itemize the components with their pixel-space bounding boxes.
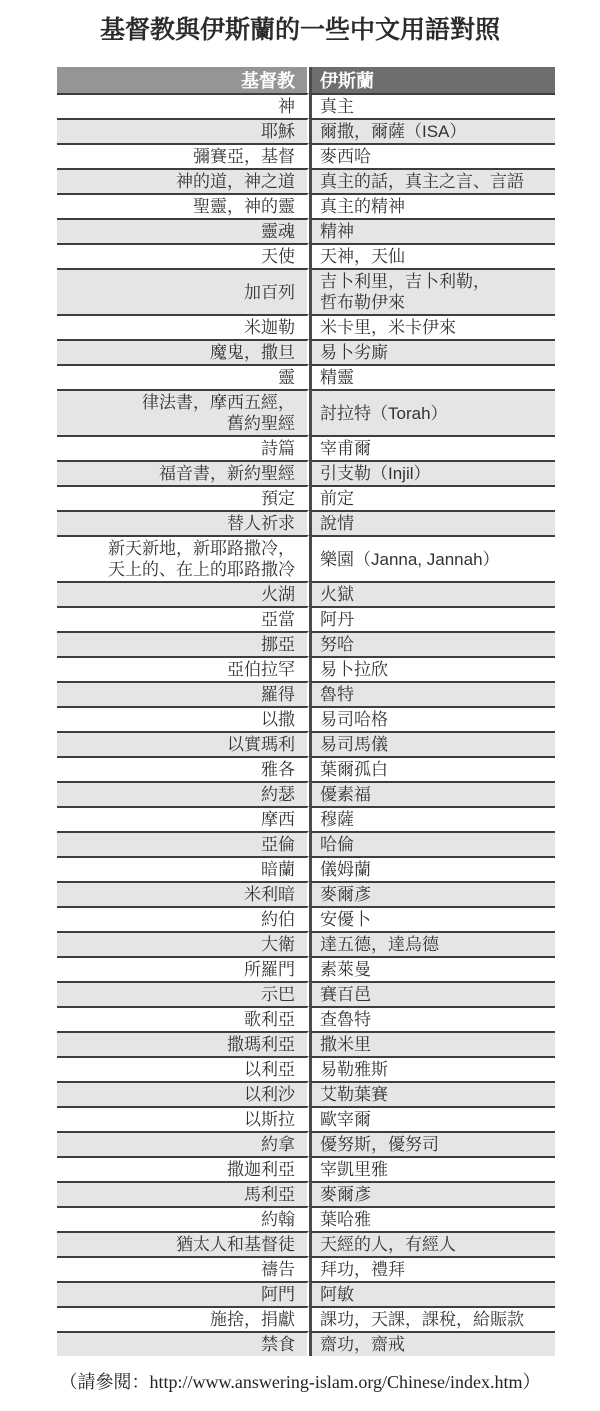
table-row: 神的道，神之道真主的話，真主之言、言語 — [57, 168, 555, 193]
table-row: 魔鬼，撒旦易卜劣廝 — [57, 339, 555, 364]
islam-term-cell: 真主的精神 — [309, 193, 555, 218]
islam-term-cell: 易司哈格 — [309, 706, 555, 731]
column-header-christianity: 基督教 — [57, 67, 309, 93]
islam-term-cell: 引支勒（Injil） — [309, 460, 555, 485]
table-row: 撒迦利亞宰凱里雅 — [57, 1156, 555, 1181]
christianity-term-cell: 律法書，摩西五經， 舊約聖經 — [57, 389, 309, 435]
table-row: 靈精靈 — [57, 364, 555, 389]
christianity-term-cell: 魔鬼，撒旦 — [57, 339, 309, 364]
islam-term-cell: 達五德，達烏德 — [309, 931, 555, 956]
islam-term-cell: 易卜劣廝 — [309, 339, 555, 364]
christianity-term-cell: 福音書，新約聖經 — [57, 460, 309, 485]
islam-term-cell: 艾勒葉賽 — [309, 1081, 555, 1106]
islam-term-cell: 真主的話，真主之言、言語 — [309, 168, 555, 193]
table-row: 約伯安優卜 — [57, 906, 555, 931]
christianity-term-cell: 以撒 — [57, 706, 309, 731]
christianity-term-cell: 靈魂 — [57, 218, 309, 243]
islam-term-cell: 麥爾彥 — [309, 1181, 555, 1206]
christianity-term-cell: 亞伯拉罕 — [57, 656, 309, 681]
table-row: 暗蘭儀姆蘭 — [57, 856, 555, 881]
islam-term-cell: 優努斯，優努司 — [309, 1131, 555, 1156]
christianity-term-cell: 約伯 — [57, 906, 309, 931]
christianity-term-cell: 約拿 — [57, 1131, 309, 1156]
christianity-term-cell: 耶穌 — [57, 118, 309, 143]
table-row: 預定前定 — [57, 485, 555, 510]
christianity-term-cell: 約翰 — [57, 1206, 309, 1231]
table-row: 耶穌爾撒，爾薩（ISA） — [57, 118, 555, 143]
islam-term-cell: 討拉特（Torah） — [309, 389, 555, 435]
islam-term-cell: 葉爾孤白 — [309, 756, 555, 781]
christianity-term-cell: 米利暗 — [57, 881, 309, 906]
christianity-term-cell: 火湖 — [57, 581, 309, 606]
islam-term-cell: 阿敏 — [309, 1281, 555, 1306]
table-row: 禱告拜功，禮拜 — [57, 1256, 555, 1281]
table-row: 阿門阿敏 — [57, 1281, 555, 1306]
islam-term-cell: 麥爾彥 — [309, 881, 555, 906]
islam-term-cell: 安優卜 — [309, 906, 555, 931]
table-row: 米利暗麥爾彥 — [57, 881, 555, 906]
christianity-term-cell: 米迦勒 — [57, 314, 309, 339]
christianity-term-cell: 詩篇 — [57, 435, 309, 460]
table-row: 摩西穆薩 — [57, 806, 555, 831]
islam-term-cell: 撒米里 — [309, 1031, 555, 1056]
islam-term-cell: 葉哈雅 — [309, 1206, 555, 1231]
islam-term-cell: 前定 — [309, 485, 555, 510]
table-row: 禁食齋功，齋戒 — [57, 1331, 555, 1356]
islam-term-cell: 真主 — [309, 93, 555, 118]
islam-term-cell: 魯特 — [309, 681, 555, 706]
christianity-term-cell: 猶太人和基督徒 — [57, 1231, 309, 1256]
islam-term-cell: 精靈 — [309, 364, 555, 389]
islam-term-cell: 齋功，齋戒 — [309, 1331, 555, 1356]
table-row: 撒瑪利亞撒米里 — [57, 1031, 555, 1056]
terminology-table: 基督教 伊斯蘭 神真主耶穌爾撒，爾薩（ISA）彌賽亞，基督麥西哈神的道，神之道真… — [57, 67, 555, 1356]
table-row: 神真主 — [57, 93, 555, 118]
christianity-term-cell: 歌利亞 — [57, 1006, 309, 1031]
table-row: 加百列吉卜利里，吉卜利勒， 哲布勒伊來 — [57, 268, 555, 314]
christianity-term-cell: 羅得 — [57, 681, 309, 706]
table-row: 律法書，摩西五經， 舊約聖經討拉特（Torah） — [57, 389, 555, 435]
islam-term-cell: 歐宰爾 — [309, 1106, 555, 1131]
christianity-term-cell: 禁食 — [57, 1331, 309, 1356]
islam-term-cell: 儀姆蘭 — [309, 856, 555, 881]
table-row: 米迦勒米卡里，米卡伊來 — [57, 314, 555, 339]
table-row: 以實瑪利易司馬儀 — [57, 731, 555, 756]
table-row: 新天新地，新耶路撒冷， 天上的、在上的耶路撒冷樂園（Janna, Jannah） — [57, 535, 555, 581]
christianity-term-cell: 聖靈，神的靈 — [57, 193, 309, 218]
islam-term-cell: 易勒雅斯 — [309, 1056, 555, 1081]
islam-term-cell: 穆薩 — [309, 806, 555, 831]
christianity-term-cell: 以利亞 — [57, 1056, 309, 1081]
table-row: 以撒易司哈格 — [57, 706, 555, 731]
islam-term-cell: 拜功，禮拜 — [309, 1256, 555, 1281]
table-row: 所羅門素萊曼 — [57, 956, 555, 981]
christianity-term-cell: 以斯拉 — [57, 1106, 309, 1131]
christianity-term-cell: 雅各 — [57, 756, 309, 781]
reference-note: （請參閱：http://www.answering-islam.org/Chin… — [0, 1368, 600, 1394]
table-row: 歌利亞查魯特 — [57, 1006, 555, 1031]
islam-term-cell: 阿丹 — [309, 606, 555, 631]
table-row: 彌賽亞，基督麥西哈 — [57, 143, 555, 168]
table-body: 神真主耶穌爾撒，爾薩（ISA）彌賽亞，基督麥西哈神的道，神之道真主的話，真主之言… — [57, 93, 555, 1356]
table-row: 聖靈，神的靈真主的精神 — [57, 193, 555, 218]
islam-term-cell: 努哈 — [309, 631, 555, 656]
table-row: 大衛達五德，達烏德 — [57, 931, 555, 956]
islam-term-cell: 火獄 — [309, 581, 555, 606]
christianity-term-cell: 亞倫 — [57, 831, 309, 856]
islam-term-cell: 查魯特 — [309, 1006, 555, 1031]
table-row: 示巴賽百邑 — [57, 981, 555, 1006]
table-row: 靈魂精神 — [57, 218, 555, 243]
christianity-term-cell: 禱告 — [57, 1256, 309, 1281]
table-row: 福音書，新約聖經引支勒（Injil） — [57, 460, 555, 485]
islam-term-cell: 天經的人，有經人 — [309, 1231, 555, 1256]
table-row: 約翰葉哈雅 — [57, 1206, 555, 1231]
islam-term-cell: 麥西哈 — [309, 143, 555, 168]
islam-term-cell: 宰甫爾 — [309, 435, 555, 460]
christianity-term-cell: 彌賽亞，基督 — [57, 143, 309, 168]
table-row: 羅得魯特 — [57, 681, 555, 706]
table-row: 詩篇宰甫爾 — [57, 435, 555, 460]
christianity-term-cell: 神的道，神之道 — [57, 168, 309, 193]
table-row: 猶太人和基督徒天經的人，有經人 — [57, 1231, 555, 1256]
table-row: 約瑟優素福 — [57, 781, 555, 806]
christianity-term-cell: 示巴 — [57, 981, 309, 1006]
table-row: 亞伯拉罕易卜拉欣 — [57, 656, 555, 681]
table-row: 以利沙艾勒葉賽 — [57, 1081, 555, 1106]
table-row: 亞當阿丹 — [57, 606, 555, 631]
christianity-term-cell: 靈 — [57, 364, 309, 389]
table-row: 以利亞易勒雅斯 — [57, 1056, 555, 1081]
table-row: 以斯拉歐宰爾 — [57, 1106, 555, 1131]
islam-term-cell: 課功，天課，課稅，給賑款 — [309, 1306, 555, 1331]
table-row: 約拿優努斯，優努司 — [57, 1131, 555, 1156]
christianity-term-cell: 摩西 — [57, 806, 309, 831]
header-row: 基督教 伊斯蘭 — [57, 67, 555, 93]
christianity-term-cell: 新天新地，新耶路撒冷， 天上的、在上的耶路撒冷 — [57, 535, 309, 581]
page: 基督教與伊斯蘭的一些中文用語對照 基督教 伊斯蘭 神真主耶穌爾撒，爾薩（ISA）… — [0, 0, 600, 1394]
christianity-term-cell: 替人祈求 — [57, 510, 309, 535]
islam-term-cell: 說情 — [309, 510, 555, 535]
table-row: 替人祈求說情 — [57, 510, 555, 535]
christianity-term-cell: 預定 — [57, 485, 309, 510]
column-header-islam: 伊斯蘭 — [309, 67, 555, 93]
islam-term-cell: 米卡里，米卡伊來 — [309, 314, 555, 339]
islam-term-cell: 爾撒，爾薩（ISA） — [309, 118, 555, 143]
christianity-term-cell: 撒瑪利亞 — [57, 1031, 309, 1056]
islam-term-cell: 優素福 — [309, 781, 555, 806]
islam-term-cell: 易司馬儀 — [309, 731, 555, 756]
islam-term-cell: 易卜拉欣 — [309, 656, 555, 681]
islam-term-cell: 哈倫 — [309, 831, 555, 856]
christianity-term-cell: 亞當 — [57, 606, 309, 631]
christianity-term-cell: 馬利亞 — [57, 1181, 309, 1206]
christianity-term-cell: 加百列 — [57, 268, 309, 314]
christianity-term-cell: 大衛 — [57, 931, 309, 956]
table-row: 天使天神，天仙 — [57, 243, 555, 268]
christianity-term-cell: 以利沙 — [57, 1081, 309, 1106]
table-row: 火湖火獄 — [57, 581, 555, 606]
table-row: 挪亞努哈 — [57, 631, 555, 656]
islam-term-cell: 樂園（Janna, Jannah） — [309, 535, 555, 581]
islam-term-cell: 天神，天仙 — [309, 243, 555, 268]
christianity-term-cell: 撒迦利亞 — [57, 1156, 309, 1181]
christianity-term-cell: 神 — [57, 93, 309, 118]
christianity-term-cell: 施捨，捐獻 — [57, 1306, 309, 1331]
christianity-term-cell: 所羅門 — [57, 956, 309, 981]
christianity-term-cell: 暗蘭 — [57, 856, 309, 881]
christianity-term-cell: 阿門 — [57, 1281, 309, 1306]
page-title: 基督教與伊斯蘭的一些中文用語對照 — [0, 0, 600, 45]
islam-term-cell: 精神 — [309, 218, 555, 243]
christianity-term-cell: 挪亞 — [57, 631, 309, 656]
christianity-term-cell: 約瑟 — [57, 781, 309, 806]
islam-term-cell: 吉卜利里，吉卜利勒， 哲布勒伊來 — [309, 268, 555, 314]
islam-term-cell: 素萊曼 — [309, 956, 555, 981]
christianity-term-cell: 天使 — [57, 243, 309, 268]
christianity-term-cell: 以實瑪利 — [57, 731, 309, 756]
islam-term-cell: 賽百邑 — [309, 981, 555, 1006]
table-row: 雅各葉爾孤白 — [57, 756, 555, 781]
islam-term-cell: 宰凱里雅 — [309, 1156, 555, 1181]
table-row: 施捨，捐獻課功，天課，課稅，給賑款 — [57, 1306, 555, 1331]
table-row: 亞倫哈倫 — [57, 831, 555, 856]
table-row: 馬利亞麥爾彥 — [57, 1181, 555, 1206]
